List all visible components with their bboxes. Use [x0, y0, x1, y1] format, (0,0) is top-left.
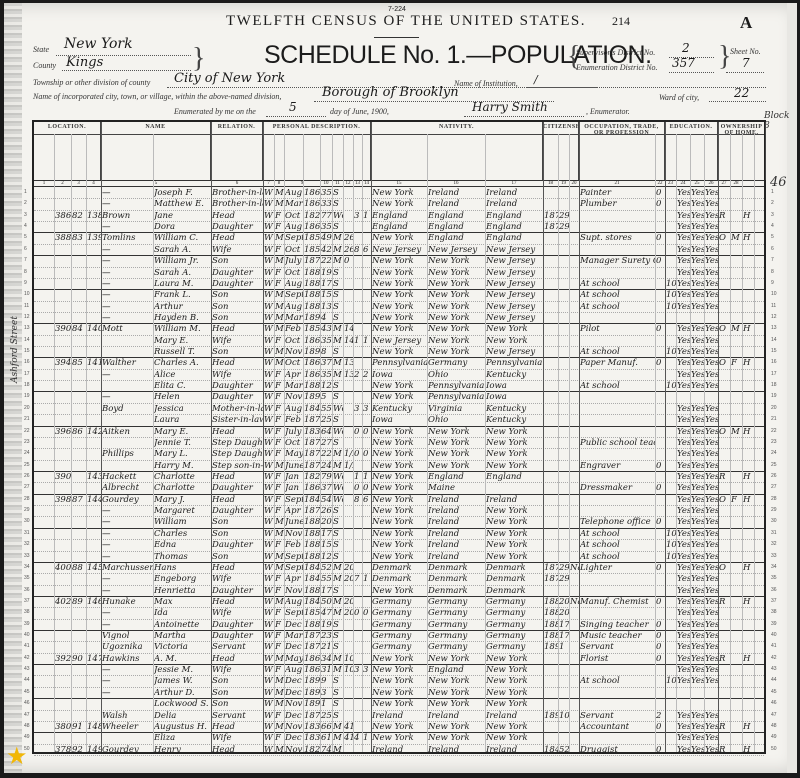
- line-number-left: 24: [24, 450, 30, 456]
- cell-fh: H: [743, 495, 754, 505]
- column-number: 10: [320, 181, 332, 186]
- cell-month: Mar: [285, 631, 303, 641]
- cell-r: Yes: [677, 324, 690, 334]
- cell-given: Hans: [154, 563, 211, 573]
- cell-dwelling: 91: [72, 722, 86, 732]
- cell-marital: Wd: [333, 404, 343, 414]
- line-number-left: 11: [24, 303, 29, 309]
- header-relation: RELATION.: [211, 122, 263, 180]
- cell-imm: 1871: [544, 563, 558, 573]
- cell-relation: Son: [212, 529, 263, 539]
- cell-age: 19: [321, 620, 332, 630]
- cell-surname: Hunake: [102, 597, 153, 607]
- cell-bp: New York: [372, 233, 427, 243]
- cell-bp: New York: [372, 279, 427, 289]
- cell-marital: S: [333, 313, 343, 323]
- cell-occ: Druggist: [580, 745, 655, 755]
- cell-bf: New York: [428, 324, 485, 334]
- cell-occ: At school: [580, 529, 655, 539]
- cell-bp: New York: [372, 529, 427, 539]
- cell-age: 79: [321, 472, 332, 482]
- cell-bm: New York: [486, 540, 543, 550]
- cell-surname: —: [102, 688, 153, 698]
- cell-bm: New York: [486, 506, 543, 516]
- cell-sex: F: [275, 222, 284, 232]
- cell-w: Yes: [691, 233, 704, 243]
- cell-surname: —: [102, 279, 153, 289]
- cell-surname: —: [102, 188, 153, 198]
- cell-bf: Ireland: [428, 199, 485, 209]
- cell-w: Yes: [691, 517, 704, 527]
- cell-e: Yes: [705, 415, 718, 425]
- cell-me: 0: [656, 461, 665, 471]
- cell-sex: M: [275, 597, 284, 607]
- cell-marital: M: [333, 256, 343, 266]
- cell-e: Yes: [705, 324, 718, 334]
- cell-month: Apr: [285, 574, 303, 584]
- cell-occ: Lighter: [580, 563, 655, 573]
- cell-bp: New York: [372, 324, 427, 334]
- cell-r: Yes: [677, 279, 690, 289]
- cell-color: W: [264, 631, 274, 641]
- cell-surname: Walther: [102, 358, 153, 368]
- cell-surname: Vignol: [102, 631, 153, 641]
- cell-year: 1863: [304, 483, 320, 493]
- cell-age: 17: [321, 529, 332, 539]
- column-number: 4: [86, 181, 101, 186]
- cell-sex: F: [275, 268, 284, 278]
- cell-given: Jane: [154, 211, 211, 221]
- cell-surname: —: [102, 620, 153, 630]
- cell-sch: 10: [666, 552, 676, 562]
- cell-given: James W.: [154, 676, 211, 686]
- cell-w: Yes: [691, 472, 704, 482]
- cell-marital: S: [333, 699, 343, 709]
- cell-yrs: 29: [559, 222, 569, 232]
- cell-mc: 0: [354, 427, 362, 437]
- cell-ym: 13: [344, 358, 353, 368]
- cell-bm: New York: [486, 699, 543, 709]
- cell-me: 0: [656, 517, 665, 527]
- cell-occ: Servant: [580, 711, 655, 721]
- cell-given: Lockwood S.: [154, 699, 211, 709]
- cell-month: Feb: [285, 415, 303, 425]
- cell-me: 0: [656, 563, 665, 573]
- cell-sex: F: [275, 608, 284, 618]
- cell-sex: M: [275, 233, 284, 243]
- column-number: 5: [101, 181, 211, 186]
- cell-color: W: [264, 517, 274, 527]
- sheet-no-value: 7: [742, 56, 750, 70]
- cell-ym: 41: [344, 733, 353, 743]
- cell-bm: England: [486, 222, 543, 232]
- cell-sex: F: [275, 631, 284, 641]
- cell-house: 386: [55, 211, 71, 221]
- cell-imm: 1871: [544, 222, 558, 232]
- cell-relation: Step Daughter: [212, 449, 263, 459]
- cell-bf: Ireland: [428, 495, 485, 505]
- cell-bp: New York: [372, 676, 427, 686]
- cell-given: Martha: [154, 631, 211, 641]
- cell-age: 12: [321, 381, 332, 391]
- cell-color: W: [264, 370, 274, 380]
- cell-given: Harry M.: [154, 461, 211, 471]
- cell-w: Yes: [691, 654, 704, 664]
- line-number-left: 34: [24, 564, 30, 570]
- cell-surname: Walsh: [102, 711, 153, 721]
- institution-label: Name of Institution,: [454, 79, 518, 88]
- cell-given: Arthur D.: [154, 688, 211, 698]
- cell-ym: 26: [344, 233, 353, 243]
- cell-r: Yes: [677, 654, 690, 664]
- cell-marital: Wd: [333, 483, 343, 493]
- line-number: 27: [771, 484, 777, 490]
- cell-me: 0: [656, 188, 665, 198]
- cell-sex: F: [275, 506, 284, 516]
- cell-bm: New Jersey: [486, 290, 543, 300]
- cell-surname: Brown: [102, 211, 153, 221]
- cell-year: 1882: [304, 586, 320, 596]
- cell-month: Oct: [285, 336, 303, 346]
- cell-bp: New York: [372, 392, 427, 402]
- line-number: 38: [771, 609, 777, 615]
- column-number: 22: [655, 181, 665, 186]
- cell-r: Yes: [677, 347, 690, 357]
- cell-year: 1898: [304, 699, 320, 709]
- cell-sex: M: [275, 199, 284, 209]
- cell-ym: 14: [344, 336, 353, 346]
- cell-bp: New York: [372, 313, 427, 323]
- cell-dwelling: 88: [72, 563, 86, 573]
- cell-age: 19: [321, 268, 332, 278]
- cell-marital: S: [333, 517, 343, 527]
- cell-own: O: [719, 563, 730, 573]
- column-number: 9: [284, 181, 320, 186]
- cell-bp: New York: [372, 347, 427, 357]
- cell-sex: F: [275, 495, 284, 505]
- cell-color: W: [264, 268, 274, 278]
- cell-r: Yes: [677, 540, 690, 550]
- cell-w: Yes: [691, 711, 704, 721]
- cell-imm: 1847: [544, 745, 558, 755]
- cell-year: 1895: [304, 313, 320, 323]
- cell-e: Yes: [705, 563, 718, 573]
- line-number-left: 15: [24, 348, 30, 354]
- cell-year: 1876: [304, 461, 320, 471]
- cell-given: Augustus H.: [154, 722, 211, 732]
- line-number: 45: [771, 689, 777, 695]
- cell-r: Yes: [677, 552, 690, 562]
- cell-color: W: [264, 665, 274, 675]
- cell-occ: At school: [580, 381, 655, 391]
- cell-bm: Kentucky: [486, 415, 543, 425]
- cell-r: Yes: [677, 642, 690, 652]
- cell-surname: —: [102, 529, 153, 539]
- column-number: 24: [676, 181, 690, 186]
- column-number: 25: [690, 181, 704, 186]
- cell-bf: New York: [428, 256, 485, 266]
- column-divider: [353, 134, 354, 752]
- cell-bp: New York: [372, 688, 427, 698]
- line-number: 43: [771, 666, 777, 672]
- cell-family: 138: [87, 211, 101, 221]
- line-number-left: 35: [24, 575, 30, 581]
- cell-age: 21: [321, 642, 332, 652]
- cell-month: Jan: [285, 472, 303, 482]
- cell-family: 139: [87, 233, 101, 243]
- line-number: 28: [771, 496, 777, 502]
- cell-bm: England: [486, 233, 543, 243]
- cell-sch: 10: [666, 381, 676, 391]
- cell-e: Yes: [705, 302, 718, 312]
- cell-own: R: [719, 722, 730, 732]
- line-number-left: 44: [24, 677, 30, 683]
- line-number: 30: [771, 518, 777, 524]
- cell-fh: H: [743, 324, 754, 334]
- cell-me: 0: [656, 654, 665, 664]
- cell-surname: —: [102, 245, 153, 255]
- cell-color: W: [264, 495, 274, 505]
- column-divider: [332, 134, 333, 752]
- cell-w: Yes: [691, 597, 704, 607]
- column-divider: [676, 134, 677, 752]
- cell-r: Yes: [677, 586, 690, 596]
- column-number: 17: [485, 181, 543, 186]
- line-number-left: 32: [24, 541, 30, 547]
- cell-marital: M: [333, 324, 343, 334]
- cell-ym: 14: [344, 324, 353, 334]
- cell-house: 392: [55, 654, 71, 664]
- line-number: 44: [771, 677, 777, 683]
- cell-ym: 20: [344, 608, 353, 618]
- cell-relation: Daughter: [212, 620, 263, 630]
- cell-relation: Wife: [212, 370, 263, 380]
- incorporated-value: Borough of Brooklyn: [322, 85, 459, 100]
- cell-w: Yes: [691, 563, 704, 573]
- line-number: 6: [771, 246, 774, 252]
- line-number: 16: [771, 359, 777, 365]
- cell-age: 4: [321, 313, 332, 323]
- cell-bm: New York: [486, 654, 543, 664]
- cell-bp: New York: [372, 733, 427, 743]
- street-note: Ashford Street: [10, 316, 20, 383]
- cell-w: Yes: [691, 620, 704, 630]
- cell-bf: Ohio: [428, 415, 485, 425]
- cell-age: 9: [321, 676, 332, 686]
- cell-dwelling: 86: [72, 427, 86, 437]
- cell-dwelling: 83: [72, 233, 86, 243]
- cell-color: W: [264, 381, 274, 391]
- cell-e: Yes: [705, 188, 718, 198]
- cell-relation: Daughter: [212, 279, 263, 289]
- cell-given: Jessica: [154, 404, 211, 414]
- cell-surname: —: [102, 290, 153, 300]
- cell-w: Yes: [691, 506, 704, 516]
- cell-marital: S: [333, 268, 343, 278]
- cell-r: Yes: [677, 358, 690, 368]
- cell-r: Yes: [677, 665, 690, 675]
- cell-me: 0: [656, 642, 665, 652]
- cell-r: Yes: [677, 529, 690, 539]
- cell-e: Yes: [705, 483, 718, 493]
- cell-surname: —: [102, 370, 153, 380]
- column-divider: [71, 134, 72, 752]
- cell-year: 1878: [304, 449, 320, 459]
- line-number: 31: [771, 530, 777, 536]
- line-number: 50: [771, 746, 777, 752]
- cell-marital: M: [333, 745, 343, 755]
- line-number: 15: [771, 348, 777, 354]
- cell-given: Delia: [154, 711, 211, 721]
- cell-bm: Denmark: [486, 563, 543, 573]
- column-number: 28: [730, 181, 742, 186]
- cell-relation: Son: [212, 699, 263, 709]
- cell-color: W: [264, 608, 274, 618]
- cell-yrs: 29: [559, 211, 569, 221]
- cell-age: 35: [321, 222, 332, 232]
- cell-cl: 6: [363, 495, 371, 505]
- cell-given: Arthur: [154, 302, 211, 312]
- cell-e: Yes: [705, 495, 718, 505]
- ward-line: [709, 101, 766, 102]
- cell-ym: 10: [344, 665, 353, 675]
- cell-given: William Jr.: [154, 256, 211, 266]
- cell-age: 55: [321, 404, 332, 414]
- cell-sex: F: [275, 642, 284, 652]
- institution-value: /: [534, 73, 538, 86]
- cell-family: 148: [87, 722, 101, 732]
- cell-ym: 0: [344, 256, 353, 266]
- cell-month: Mar: [285, 313, 303, 323]
- cell-color: W: [264, 427, 274, 437]
- line-number-left: 16: [24, 359, 30, 365]
- cell-month: Aug: [285, 279, 303, 289]
- cell-family: 149: [87, 745, 101, 755]
- cell-occ: Dressmaker: [580, 483, 655, 493]
- line-number-left: 20: [24, 405, 30, 411]
- cell-year: 1891: [304, 347, 320, 357]
- cell-month: Aug: [285, 222, 303, 232]
- cell-bp: New York: [372, 302, 427, 312]
- cell-year: 1868: [304, 665, 320, 675]
- cell-year: 1894: [304, 392, 320, 402]
- cell-relation: Daughter: [212, 540, 263, 550]
- cell-nat: Na: [570, 597, 579, 607]
- cell-month: July: [285, 427, 303, 437]
- cell-sex: F: [275, 427, 284, 437]
- cell-bf: Ireland: [428, 745, 485, 755]
- cell-cl: 0: [363, 449, 371, 459]
- cell-yrs: 17: [559, 620, 569, 630]
- cell-r: Yes: [677, 722, 690, 732]
- cell-bf: England: [428, 211, 485, 221]
- cell-imm: 1871: [544, 211, 558, 221]
- enumerator-label: , Enumerator.: [586, 107, 630, 116]
- cell-e: Yes: [705, 461, 718, 471]
- cell-year: 1885: [304, 540, 320, 550]
- cell-age: 37: [321, 358, 332, 368]
- cell-bf: Germany: [428, 608, 485, 618]
- cell-relation: Head: [212, 495, 263, 505]
- cell-e: Yes: [705, 381, 718, 391]
- county-label: County: [33, 61, 56, 70]
- cell-me: 0: [656, 199, 665, 209]
- cell-bp: New York: [372, 381, 427, 391]
- cell-relation: Daughter: [212, 483, 263, 493]
- header-citizenship: CITIZENSHIP.: [543, 122, 579, 180]
- cell-bp: New York: [372, 665, 427, 675]
- cell-house: 390: [55, 324, 71, 334]
- cell-bm: New Jersey: [486, 347, 543, 357]
- cell-age: 43: [321, 324, 332, 334]
- cell-age: 37: [321, 483, 332, 493]
- cell-cl: 1: [363, 574, 371, 584]
- cell-color: W: [264, 336, 274, 346]
- column-number: 13: [353, 181, 362, 186]
- cell-month: Dec: [285, 733, 303, 743]
- cell-bp: New York: [372, 540, 427, 550]
- cell-ym: 20: [344, 563, 353, 573]
- cell-age: 42: [321, 245, 332, 255]
- cell-surname: Hawkins: [102, 654, 153, 664]
- cell-r: Yes: [677, 676, 690, 686]
- cell-bf: New York: [428, 688, 485, 698]
- cell-age: 25: [321, 415, 332, 425]
- column-number: 15: [371, 181, 427, 186]
- cell-bp: New York: [372, 268, 427, 278]
- cell-own: R: [719, 745, 730, 755]
- cell-month: Oct: [285, 438, 303, 448]
- cell-marital: S: [333, 540, 343, 550]
- cell-sex: M: [275, 745, 284, 755]
- cell-month: Feb: [285, 324, 303, 334]
- cell-sex: F: [275, 449, 284, 459]
- cell-w: Yes: [691, 608, 704, 618]
- cell-fh: H: [743, 745, 754, 755]
- cell-bf: New York: [428, 336, 485, 346]
- cell-bp: New York: [372, 199, 427, 209]
- cell-sex: M: [275, 529, 284, 539]
- enumerated-day: 5: [289, 100, 297, 114]
- cell-year: 1838: [304, 733, 320, 743]
- cell-house: 394: [55, 358, 71, 368]
- cell-age: 47: [321, 608, 332, 618]
- cell-given: Charlotte: [154, 472, 211, 482]
- cell-w: Yes: [691, 676, 704, 686]
- cell-fm: M: [731, 427, 742, 437]
- cell-yrs: 29: [559, 563, 569, 573]
- cell-sex: F: [275, 620, 284, 630]
- cell-r: Yes: [677, 745, 690, 755]
- cell-color: W: [264, 211, 274, 221]
- cell-bf: New York: [428, 676, 485, 686]
- cell-w: Yes: [691, 540, 704, 550]
- cell-bm: Ireland: [486, 199, 543, 209]
- cell-age: 66: [321, 722, 332, 732]
- cell-color: W: [264, 449, 274, 459]
- cell-color: W: [264, 688, 274, 698]
- cell-age: 3: [321, 688, 332, 698]
- cell-family: 146: [87, 597, 101, 607]
- line-number-left: 2: [24, 200, 27, 206]
- cell-bf: New York: [428, 722, 485, 732]
- cell-r: Yes: [677, 302, 690, 312]
- cell-mc: 7: [354, 574, 362, 584]
- cell-mc: 3: [354, 665, 362, 675]
- cell-color: W: [264, 483, 274, 493]
- cell-month: Nov: [285, 347, 303, 357]
- cell-occ: Paper Manuf.: [580, 358, 655, 368]
